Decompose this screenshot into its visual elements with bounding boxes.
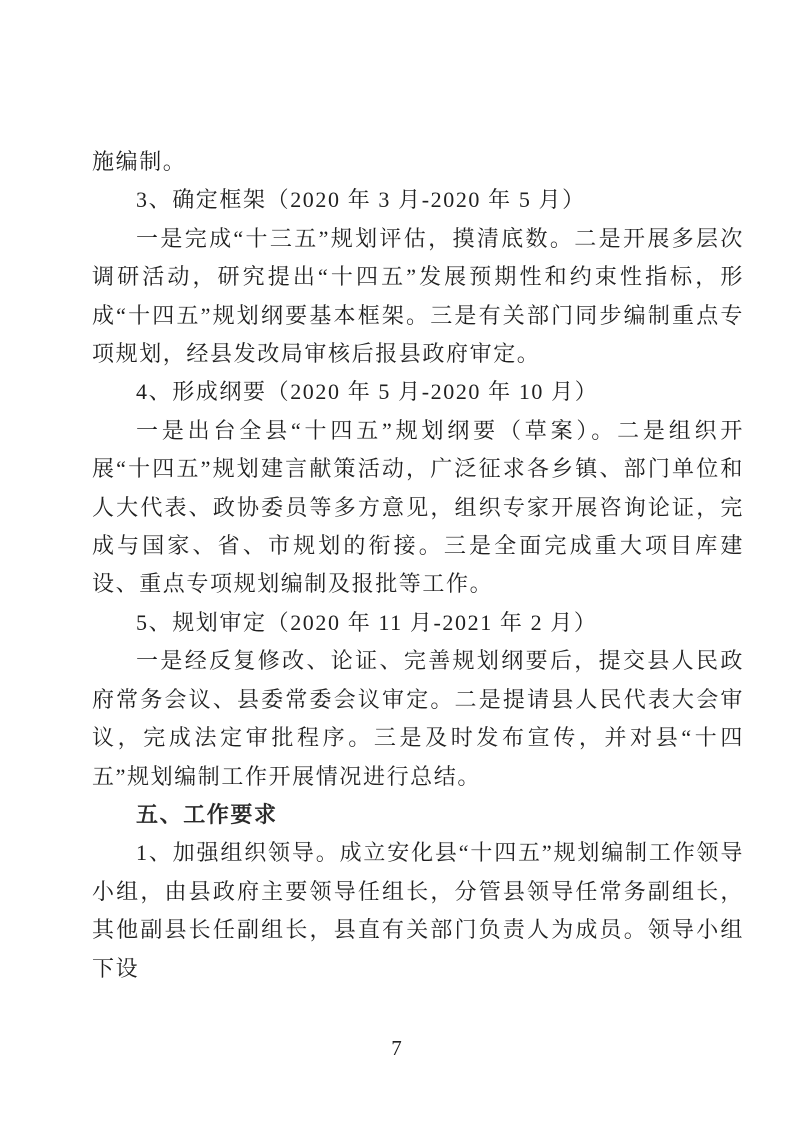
paragraph-continuation: 施编制。: [92, 143, 744, 181]
page-number: 7: [0, 1036, 793, 1061]
document-body: 施编制。 3、确定框架（2020 年 3 月-2020 年 5 月） 一是完成“…: [92, 143, 744, 988]
paragraph: 1、加强组织领导。成立安化县“十四五”规划编制工作领导小组，由县政府主要领导任组…: [92, 834, 744, 988]
paragraph: 一是经反复修改、论证、完善规划纲要后，提交县人民政府常务会议、县委常委会议审定。…: [92, 642, 744, 796]
section-heading-4: 4、形成纲要（2020 年 5 月-2020 年 10 月）: [92, 373, 744, 411]
chapter-heading-work-requirements: 五、工作要求: [92, 796, 744, 834]
paragraph: 一是出台全县“十四五”规划纲要（草案）。二是组织开展“十四五”规划建言献策活动，…: [92, 412, 744, 604]
section-heading-5: 5、规划审定（2020 年 11 月-2021 年 2 月）: [92, 604, 744, 642]
document-page: 施编制。 3、确定框架（2020 年 3 月-2020 年 5 月） 一是完成“…: [0, 0, 793, 1121]
section-heading-3: 3、确定框架（2020 年 3 月-2020 年 5 月）: [92, 181, 744, 219]
paragraph: 一是完成“十三五”规划评估，摸清底数。二是开展多层次调研活动，研究提出“十四五”…: [92, 220, 744, 374]
